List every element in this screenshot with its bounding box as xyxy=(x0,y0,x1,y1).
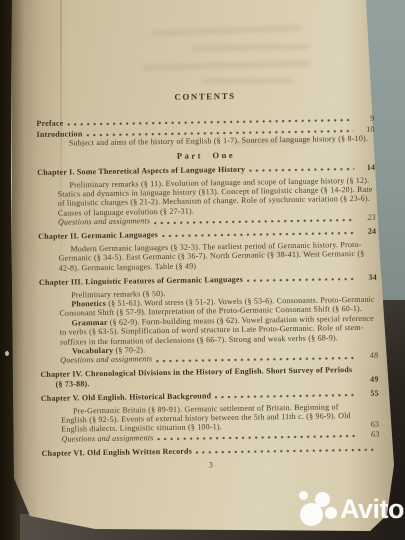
toc-chapter-entry: Chapter V. Old English. Historical Backg… xyxy=(41,388,379,403)
toc-page-number: 55 xyxy=(361,388,379,398)
entry-lead: Chapter I. xyxy=(37,167,77,177)
bleed-through-marks xyxy=(152,25,302,35)
avito-watermark: Avito xyxy=(290,483,405,535)
toc-chapter-entry: Chapter VI. Old English Written Records xyxy=(42,443,380,458)
toc-chapter-entry: Chapter I. Some Theoretical Aspects of L… xyxy=(37,162,375,177)
toc-page-number: 63 xyxy=(361,429,379,439)
dotted-leader xyxy=(215,392,358,399)
dotted-leader xyxy=(156,355,357,363)
dotted-leader xyxy=(249,166,354,173)
toc-chapter-entry: Chapter III. Linguistic Features of Germ… xyxy=(39,272,377,287)
toc-page-number: 34 xyxy=(359,272,377,282)
toc-entry: Pre-Germanic Britain (§ 89-91). Germanic… xyxy=(61,401,379,434)
toc-page-number: 63 xyxy=(361,420,379,430)
entry-lead: Phonetics xyxy=(71,299,108,309)
toc-page-number: 49 xyxy=(360,374,378,384)
dotted-leader xyxy=(158,433,359,441)
toc-page-number: 48 xyxy=(360,351,378,361)
toc-page-number: 23 xyxy=(358,213,376,223)
toc-page-number: 24 xyxy=(358,227,376,237)
entry-lead: Grammar xyxy=(72,318,110,328)
bleed-through-marks xyxy=(202,79,294,83)
toc-entry: Grammar (§ 62-9). Form-building means (§… xyxy=(60,313,378,346)
bleed-through-marks xyxy=(192,44,310,51)
dotted-leader xyxy=(162,230,355,238)
entry-lead: Preface xyxy=(36,119,63,128)
entry-lead: Introduction xyxy=(37,129,83,139)
toc-entry: Modern Germanic languages (§ 32-3). The … xyxy=(58,240,376,273)
entry-lead: Chapter V. xyxy=(41,393,82,403)
entry-lead: Chapter III. xyxy=(39,277,85,287)
dotted-leader xyxy=(196,447,377,455)
dust-speck xyxy=(5,351,9,356)
dotted-leader xyxy=(247,276,356,283)
entry-lead: Chapter IV. xyxy=(40,370,85,380)
toc-chapter-entry: Chapter IV. Chronological Divisions in t… xyxy=(40,365,378,389)
toc-page-number: 14 xyxy=(357,162,375,172)
toc-list: Preface 9Introduction 10Subject and aims… xyxy=(36,114,379,458)
part-heading: Part One xyxy=(37,148,375,163)
entry-lead: Chapter VI. xyxy=(42,448,88,458)
toc-page-number: 9 xyxy=(356,114,374,124)
book-photo: CONTENTS Preface 9Introduction 10Subject… xyxy=(0,0,405,540)
bleed-through-marks xyxy=(142,61,310,70)
entry-lead: Chapter II. xyxy=(38,231,81,241)
table-of-contents: CONTENTS Preface 9Introduction 10Subject… xyxy=(36,89,380,472)
toc-page-number: 10 xyxy=(357,125,375,135)
toc-chapter-entry: Chapter II. Germanic Languages24 xyxy=(38,227,376,242)
avito-wordmark: Avito xyxy=(340,494,404,525)
avito-logo-icon xyxy=(290,485,338,533)
toc-entry: Preliminary remarks (§ 11). Evolution of… xyxy=(57,175,376,218)
dotted-leader xyxy=(154,217,355,225)
entry-lead: Vocabulary xyxy=(72,346,116,356)
